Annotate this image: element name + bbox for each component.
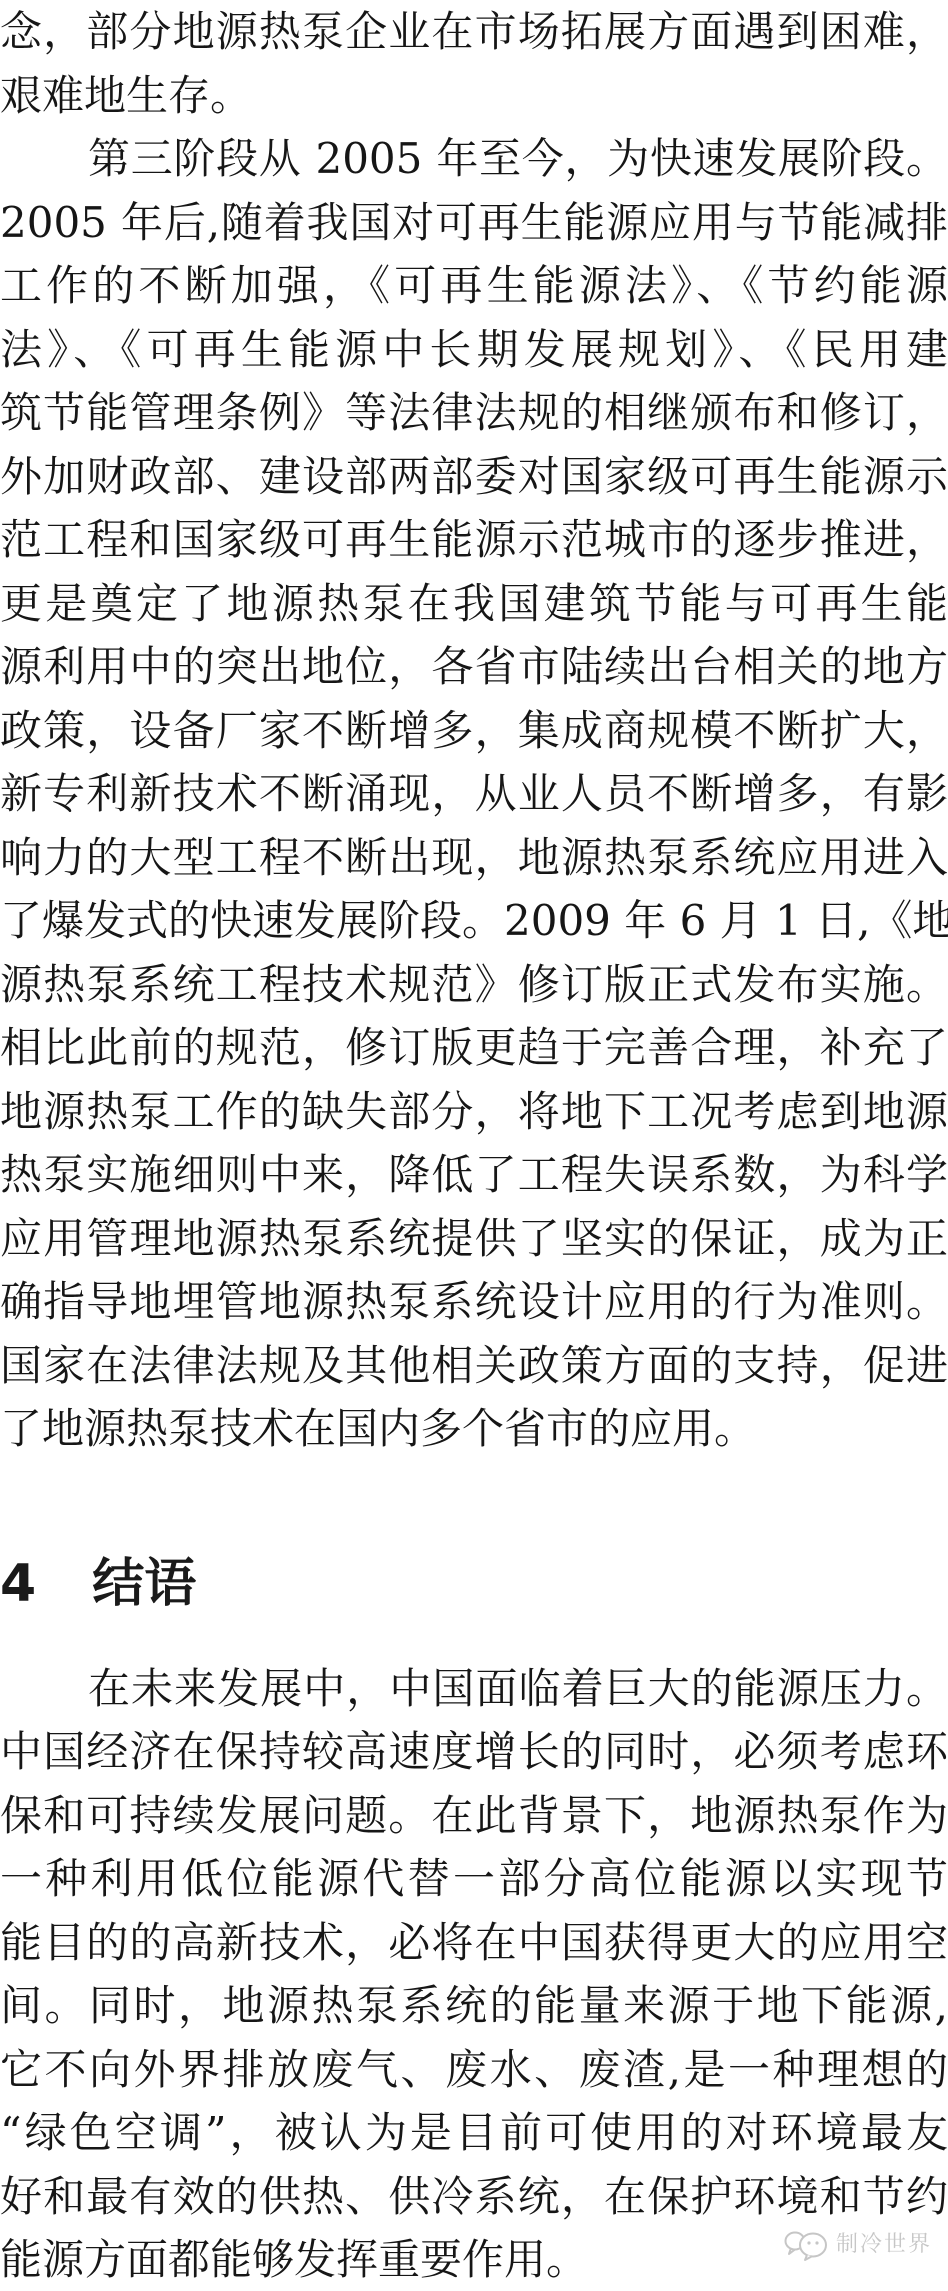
- paragraph-stage-three: 第三阶段从 2005 年至今，为快速发展阶段。 2005 年后,随着我国对可再生…: [0, 127, 948, 1461]
- text-line: 好和最有效的供热、供冷系统，在保护环境和节约: [0, 2165, 948, 2229]
- text-line: 中国经济在保持较高速度增长的同时，必须考虑环: [0, 1720, 948, 1784]
- text-line: 更是奠定了地源热泵在我国建筑节能与可再生能: [0, 572, 948, 636]
- text-line: 地源热泵工作的缺失部分，将地下工况考虑到地源: [0, 1080, 948, 1144]
- wechat-bubbles-logo-icon: [783, 2228, 829, 2262]
- section-heading: 4 结语: [0, 1553, 948, 1615]
- text-line: 2005 年后,随着我国对可再生能源应用与节能减排: [0, 191, 948, 255]
- text-line: 国家在法律法规及其他相关政策方面的支持，促进: [0, 1334, 948, 1398]
- text-line: 政策，设备厂家不断增多，集成商规模不断扩大，: [0, 699, 948, 763]
- paragraph-continuation: 念，部分地源热泵企业在市场拓展方面遇到困难， 艰难地生存。: [0, 0, 948, 127]
- text-line: 了地源热泵技术在国内多个省市的应用。: [0, 1397, 948, 1461]
- text-line: 源热泵系统工程技术规范》修订版正式发布实施。: [0, 953, 948, 1017]
- text-line: 工作的不断加强，《可再生能源法》、《节约能源: [0, 254, 948, 318]
- text-line: 相比此前的规范，修订版更趋于完善合理，补充了: [0, 1016, 948, 1080]
- watermark-label: 制冷世界: [836, 2228, 932, 2262]
- text-line: 在未来发展中，中国面临着巨大的能源压力。: [0, 1657, 948, 1721]
- section-title: 结语: [92, 1553, 196, 1615]
- text-line: 应用管理地源热泵系统提供了坚实的保证，成为正: [0, 1207, 948, 1271]
- text-line: 热泵实施细则中来，降低了工程失误系数，为科学: [0, 1143, 948, 1207]
- text-line: 能目的的高新技术，必将在中国获得更大的应用空: [0, 1911, 948, 1975]
- text-line: 了爆发式的快速发展阶段。2009 年 6 月 1 日,《地: [0, 889, 948, 953]
- section-number: 4: [0, 1553, 36, 1615]
- text-line: 筑节能管理条例》等法律法规的相继颁布和修订，: [0, 381, 948, 445]
- text-line: “绿色空调”，被认为是目前可使用的对环境最友: [0, 2101, 948, 2165]
- text-line: 它不向外界排放废气、废水、废渣,是一种理想的: [0, 2038, 948, 2102]
- text-line: 一种利用低位能源代替一部分高位能源以实现节: [0, 1847, 948, 1911]
- text-line: 确指导地埋管地源热泵系统设计应用的行为准则。: [0, 1270, 948, 1334]
- paragraph-conclusion: 在未来发展中，中国面临着巨大的能源压力。 中国经济在保持较高速度增长的同时，必须…: [0, 1657, 948, 2291]
- watermark: 制冷世界: [783, 2228, 932, 2262]
- text-line: 法》、《可再生能源中长期发展规划》、《民用建: [0, 318, 948, 382]
- text-line: 艰难地生存。: [0, 64, 948, 128]
- text-line: 念，部分地源热泵企业在市场拓展方面遇到困难，: [0, 0, 948, 64]
- text-line: 外加财政部、建设部两部委对国家级可再生能源示: [0, 445, 948, 509]
- text-line: 新专利新技术不断涌现，从业人员不断增多，有影: [0, 762, 948, 826]
- article-body: 念，部分地源热泵企业在市场拓展方面遇到困难， 艰难地生存。 第三阶段从 2005…: [0, 0, 948, 2291]
- text-line: 响力的大型工程不断出现，地源热泵系统应用进入: [0, 826, 948, 890]
- text-line: 间。同时，地源热泵系统的能量来源于地下能源,: [0, 1974, 948, 2038]
- text-line: 范工程和国家级可再生能源示范城市的逐步推进，: [0, 508, 948, 572]
- text-line: 保和可持续发展问题。在此背景下，地源热泵作为: [0, 1784, 948, 1848]
- text-line: 第三阶段从 2005 年至今，为快速发展阶段。: [0, 127, 948, 191]
- text-line: 源利用中的突出地位，各省市陆续出台相关的地方: [0, 635, 948, 699]
